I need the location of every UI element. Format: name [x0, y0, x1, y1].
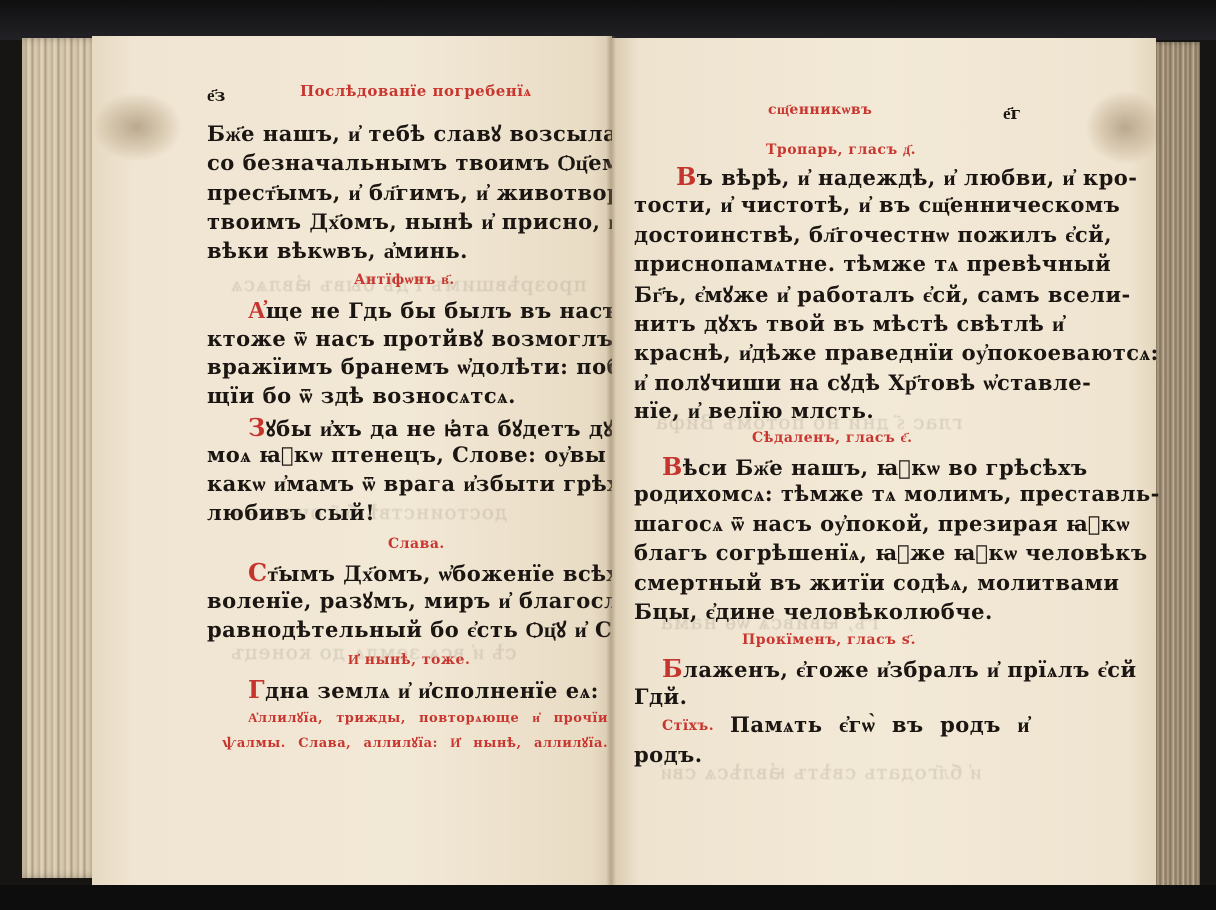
drop-initial: В: [676, 162, 697, 191]
book-cover-bottom: [0, 885, 1216, 910]
text-line: и҆ полꙋчиши на сꙋдѣ Хр҃товѣ ѡ҆ставле-: [634, 369, 1030, 397]
text-line: ктоже ѿ насъ протйвꙋ возмоглъ бы: [207, 325, 607, 353]
text-line: Блаженъ, є҆гоже и҆збралъ и҆ прїѧлъ є҆сй: [662, 654, 1030, 683]
foxing-stain: [1085, 90, 1165, 165]
rubric-heading: Антїфѡнъ в҃.: [354, 272, 455, 289]
text-line: любивъ сый!: [207, 500, 375, 525]
text-line: твоимъ Дх҃омъ, нынѣ и҆ присно, и҆ во: [207, 209, 607, 235]
rubric-heading: Стїхъ.: [662, 718, 714, 734]
book-cover-top: [0, 0, 1216, 40]
text-line: благъ согрѣшенїѧ, ꙗ҆же ꙗ҆кѡ человѣкъ: [634, 540, 1030, 566]
text-line: моѧ ꙗ҆кѡ птенецъ, Слове: оу҆вы мнѣ,: [207, 442, 607, 468]
text-line: Гдй.: [634, 684, 687, 709]
text-line: достоинствѣ, бл҃гочестнѡ пожилъ є҆сй,: [634, 222, 1030, 248]
rubric-heading: И҆ нынѣ, тоже.: [348, 652, 470, 669]
text-line: равнодѣтельный бо є҆сть Ѻц҃ꙋ и҆ Словꙋ.: [207, 616, 607, 644]
text-line: приснопамѧтне. тѣмже тѧ превѣчный: [634, 251, 1030, 277]
text-line: нитъ дꙋхъ твой въ мѣстѣ свѣтлѣ и҆: [634, 310, 1030, 338]
text-line: вѣки вѣкѡвъ, а҆минь.: [207, 238, 468, 264]
text-line: прест҃ымъ, и҆ бл҃гимъ, и҆ животворѧщимъ: [207, 180, 607, 206]
rubric-heading: Прокїменъ, гласъ s҃.: [742, 632, 916, 649]
text-line: Бг҃ъ, є҆мꙋже и҆ работалъ є҆сй, самъ всел…: [634, 281, 1030, 309]
rubric-line: А҆ллилꙋїа, трижды, повторѧюще и҆ прочїи: [248, 708, 608, 726]
left-folio-number: е҃з: [207, 86, 225, 106]
right-folio-number: е҃г: [1003, 104, 1021, 124]
text-line: Зꙋбы и҆хъ да не ꙗ҆та бꙋдетъ дꙋша: [248, 413, 608, 443]
drop-initial: С: [248, 558, 268, 587]
text-line: Въ вѣрѣ, и҆ надеждѣ, и҆ любви, и҆ кро-: [676, 162, 1030, 191]
text-line: вражїимъ бранемъ ѡ҆долѣти: побѣждаю-: [207, 354, 607, 380]
text-line: Памѧть є҆гѡ̀ въ родъ и҆: [730, 712, 1030, 738]
right-running-head: сщ҃енникѡвъ: [768, 102, 872, 119]
text-line: Вѣси Бж҃е нашъ, ꙗ҆кѡ во грѣсѣхъ: [662, 452, 1030, 481]
drop-initial: В: [662, 452, 683, 481]
text-line: щїи бо ѿ здѣ возносѧтсѧ.: [207, 383, 516, 409]
text-line: воленїе, разꙋмъ, миръ и҆ благословенїе:: [207, 587, 607, 615]
rubric-heading: Сѣдаленъ, гласъ є҃.: [752, 430, 912, 447]
left-running-head: Послѣдованїе погребенїѧ: [300, 82, 531, 101]
drop-initial: Г: [248, 675, 265, 704]
rubric-line: ѱалмы. Слава, аллилꙋїа: И҆ нынѣ, аллилꙋї…: [222, 733, 608, 751]
drop-initial: А҆: [248, 295, 266, 324]
text-line: какѡ и҆мамъ ѿ врага и҆збыти грѣхо-: [207, 471, 607, 497]
text-line: родихомсѧ: тѣмже тѧ молимъ, преставль-: [634, 481, 1030, 507]
drop-initial: З: [248, 413, 266, 442]
text-line: краснѣ, и҆дѣже праведнїи оу҆покоеваютсѧ:: [634, 340, 1030, 366]
book-spine-gutter: [606, 36, 616, 886]
rubric-heading: Слава.: [388, 536, 445, 552]
text-line: Бж҃е нашъ, и҆ тебѣ славꙋ возсылаемъ,: [207, 120, 607, 148]
rubric-heading: Тропарь, гласъ д҃.: [766, 142, 916, 159]
drop-initial: Б: [662, 654, 683, 683]
text-line: Ст҃ымъ Дх҃омъ, ѡ҆боженїе всѣхъ, бл҃го-: [248, 558, 608, 587]
text-line: со безначальнымъ твоимъ Ѻц҃емъ, и҆: [207, 150, 607, 176]
foxing-stain: [92, 92, 182, 162]
text-line: Бцы, є҆дине человѣколюбче.: [634, 599, 993, 625]
text-line: шагосѧ ѿ насъ оу҆покой, презирая ꙗ҆кѡ: [634, 511, 1030, 537]
right-page-stack-edge: [1154, 42, 1200, 890]
text-line: смертный въ житїи содѣѧ, молитвами: [634, 570, 1030, 596]
text-line: нїе, и҆ велїю млсть.: [634, 398, 874, 424]
text-line: родъ.: [634, 742, 703, 767]
text-line: Гдна землѧ и҆ и҆сполненїе еѧ:: [248, 675, 599, 704]
text-line: тости, и҆ чистотѣ, и҆ въ сщ҃енническомъ: [634, 192, 1030, 218]
show-through-text: и҆ бл҃годать свѣтъ ꙗ҆влѣсѧ сви҆: [660, 760, 981, 785]
text-line: А҆ще не Гдь бы былъ въ насъ, ни-: [248, 295, 608, 325]
